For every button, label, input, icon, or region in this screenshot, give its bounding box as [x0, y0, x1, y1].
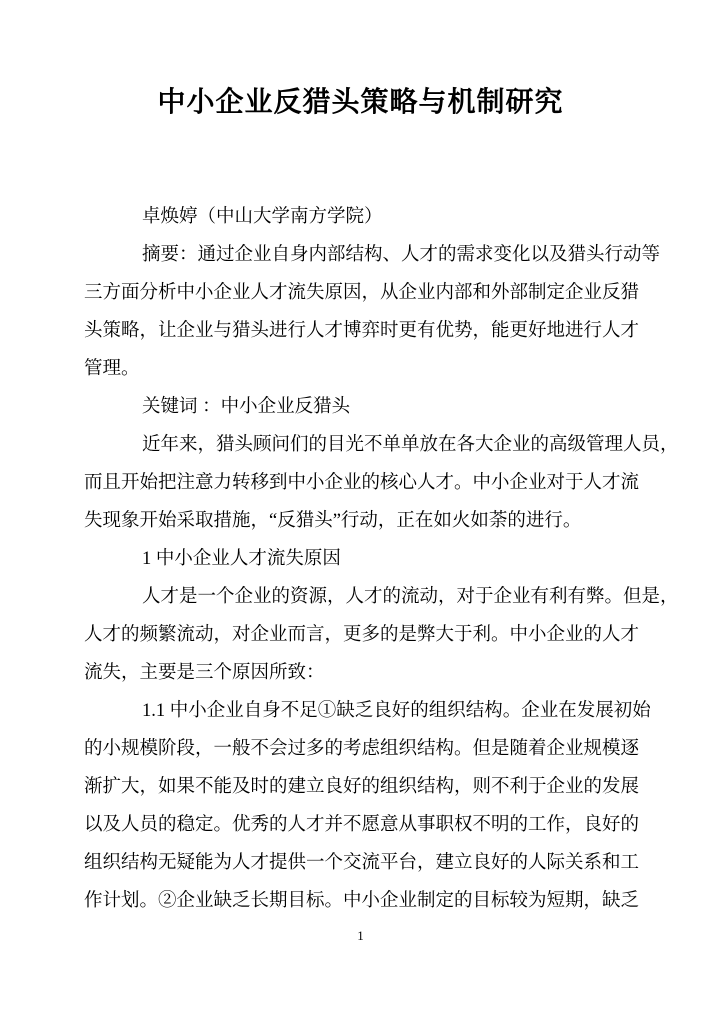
- text-line: 渐扩大，如果不能及时的建立良好的组织结构，则不利于企业的发展: [84, 768, 627, 806]
- text-line: 人才是一个企业的资源，人才的流动，对于企业有利有弊。但是，: [84, 578, 627, 616]
- page-number: 1: [0, 926, 721, 946]
- document-body: 卓焕婷（中山大学南方学院）摘要：通过企业自身内部结构、人才的需求变化以及猎头行动…: [84, 198, 627, 920]
- text-line: 的小规模阶段，一般不会过多的考虑组织结构。但是随着企业规模逐: [84, 730, 627, 768]
- text-line: 关键词 ：中小企业反猎头: [84, 388, 627, 426]
- text-line: 管理。: [84, 350, 627, 388]
- text-line: 而且开始把注意力转移到中小企业的核心人才。中小企业对于人才流: [84, 464, 627, 502]
- document-page: 中小企业反猎头策略与机制研究 卓焕婷（中山大学南方学院）摘要：通过企业自身内部结…: [0, 0, 721, 1020]
- text-line: 人才的频繁流动，对企业而言，更多的是弊大于利。中小企业的人才: [84, 616, 627, 654]
- text-line: 头策略，让企业与猎头进行人才博弈时更有优势，能更好地进行人才: [84, 312, 627, 350]
- text-line: 卓焕婷（中山大学南方学院）: [84, 198, 627, 236]
- text-line: 作计划。②企业缺乏长期目标。中小企业制定的目标较为短期，缺乏: [84, 882, 627, 920]
- document-title: 中小企业反猎头策略与机制研究: [0, 0, 721, 122]
- text-line: 失现象开始采取措施，“反猎头”行动，正在如火如荼的进行。: [84, 502, 627, 540]
- text-line: 摘要：通过企业自身内部结构、人才的需求变化以及猎头行动等: [84, 236, 627, 274]
- text-line: 近年来，猎头顾问们的目光不单单放在各大企业的高级管理人员，: [84, 426, 627, 464]
- text-line: 组织结构无疑能为人才提供一个交流平台，建立良好的人际关系和工: [84, 844, 627, 882]
- text-line: 流失，主要是三个原因所致：: [84, 654, 627, 692]
- text-line: 三方面分析中小企业人才流失原因，从企业内部和外部制定企业反猎: [84, 274, 627, 312]
- text-line: 以及人员的稳定。优秀的人才并不愿意从事职权不明的工作，良好的: [84, 806, 627, 844]
- text-line: 1 中小企业人才流失原因: [84, 540, 627, 578]
- text-line: 1.1 中小企业自身不足①缺乏良好的组织结构。企业在发展初始: [84, 692, 627, 730]
